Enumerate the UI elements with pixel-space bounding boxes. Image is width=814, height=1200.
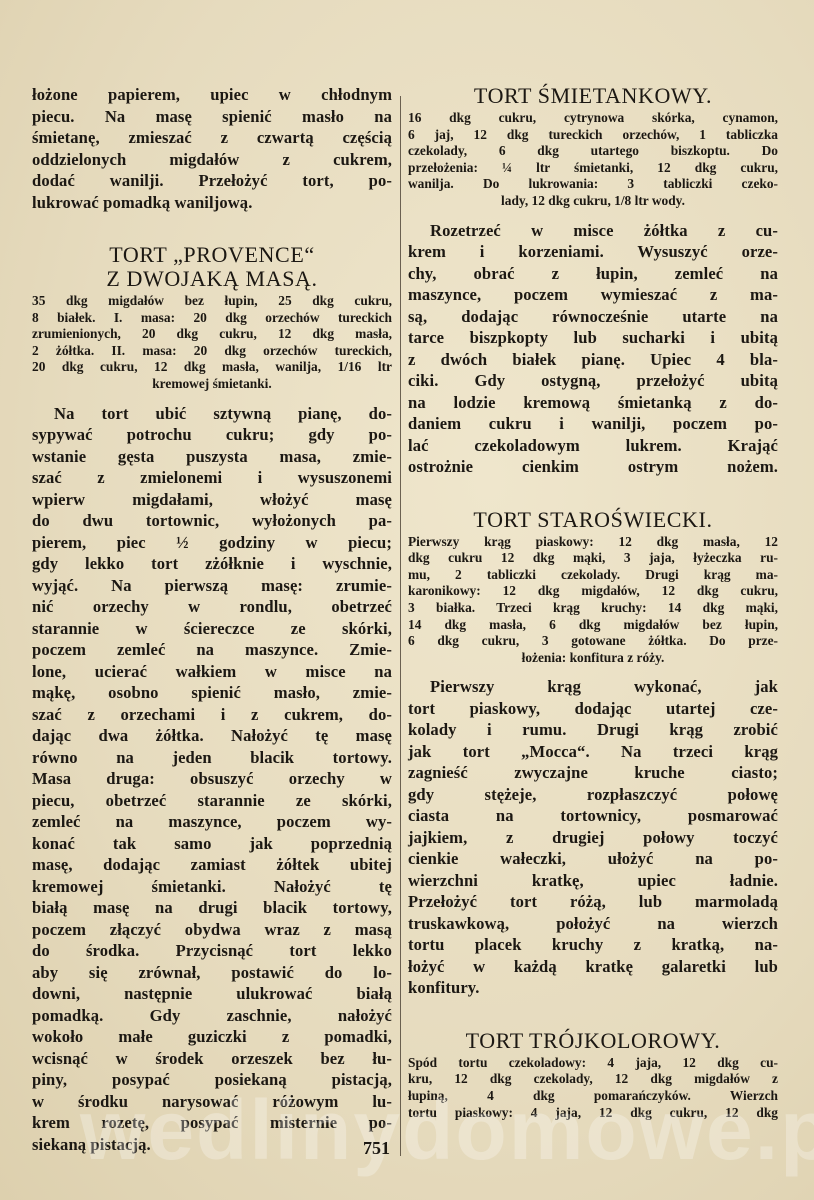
text-line: jak tort „Mocca“. Na trzeci krąg bbox=[408, 741, 778, 763]
text-line: Na tort ubić sztywną pianę, do- bbox=[32, 403, 392, 425]
text-line: siekaną pistacją. bbox=[32, 1134, 392, 1156]
text-line: ciasta na tortownicy, posmarować bbox=[408, 805, 778, 827]
recipe-smietankowy: TORT ŚMIETANKOWY. 16 dkg cukru, cytrynow… bbox=[408, 84, 778, 478]
text-line: ostrożnie cienkim ostrym nożem. bbox=[408, 456, 778, 478]
text-line: zemleć na maszynce, poczem wy- bbox=[32, 811, 392, 833]
text-line: gdy stężeje, rozpłaszczyć połowę bbox=[408, 784, 778, 806]
ingredients-line: dkg cukru 12 dkg mąki, 3 jaja, łyżeczka … bbox=[408, 550, 778, 567]
column-divider bbox=[400, 96, 401, 1156]
text-line: lać czekoladowym lukrem. Krająć bbox=[408, 435, 778, 457]
text-line: białą masę na drugi blacik tortowy, bbox=[32, 897, 392, 919]
text-line: poczem złączyć obydwa wraz z masą bbox=[32, 919, 392, 941]
text-line: gdy lekko tort zżółknie i wyschnie, bbox=[32, 553, 392, 575]
recipe-title: TORT „PROVENCE“ bbox=[32, 243, 392, 267]
recipe-title: TORT TRÓJKOLOROWY. bbox=[408, 1029, 778, 1053]
ingredients-line: lady, 12 dkg cukru, 1/8 ltr wody. bbox=[408, 193, 778, 210]
text-line: wcisnąć w środek orzeszek bez łu- bbox=[32, 1048, 392, 1070]
left-column: łożone papierem, upiec w chłodnym piecu.… bbox=[32, 84, 392, 1155]
continuation-paragraph: łożone papierem, upiec w chłodnym piecu.… bbox=[32, 84, 392, 213]
text-line: wpierw migdałami, włożyć masę bbox=[32, 489, 392, 511]
text-line: cienkie wałeczki, ułożyć na po- bbox=[408, 848, 778, 870]
text-line: krem i korzeniami. Wysuszyć orze- bbox=[408, 241, 778, 263]
ingredients-line: tortu piaskowy: 4 jaja, 12 dkg cukru, 12… bbox=[408, 1105, 778, 1122]
text-line: ciki. Gdy ostygną, przełożyć ubitą bbox=[408, 370, 778, 392]
ingredients-list: 16 dkg cukru, cytrynowa skórka, cynamon,… bbox=[408, 110, 778, 210]
text-line: Pierwszy krąg wykonać, jak bbox=[408, 676, 778, 698]
text-line: kolady i rumu. Drugi krąg zrobić bbox=[408, 719, 778, 741]
text-line: starannie w ściereczce ze skórki, bbox=[32, 618, 392, 640]
text-line: śmietanę, zmieszać z czwartą częścią bbox=[32, 127, 392, 149]
ingredients-list: 35 dkg migdałów bez łupin, 25 dkg cukru,… bbox=[32, 293, 392, 393]
text-line: zagnieść zwyczajne kruche ciasto; bbox=[408, 762, 778, 784]
ingredients-line: Spód tortu czekoladowy: 4 jaja, 12 dkg c… bbox=[408, 1055, 778, 1072]
ingredients-line: mu, 2 tabliczki czekolady. Drugi krąg ma… bbox=[408, 567, 778, 584]
ingredients-line: 14 dkg masła, 6 dkg migdałów bez łupin, bbox=[408, 617, 778, 634]
ingredients-line: 2 żółtka. II. masa: 20 dkg orzechów ture… bbox=[32, 343, 392, 360]
text-line: chy, obrać z łupin, zemleć na bbox=[408, 263, 778, 285]
text-line: równo na jeden blacik tortowy. bbox=[32, 747, 392, 769]
text-line: aby się zrównał, postawić do lo- bbox=[32, 962, 392, 984]
right-column: TORT ŚMIETANKOWY. 16 dkg cukru, cytrynow… bbox=[408, 84, 778, 1121]
recipe-title: TORT ŚMIETANKOWY. bbox=[408, 84, 778, 108]
text-line: konfitury. bbox=[408, 977, 778, 999]
ingredients-line: 20 dkg cukru, 12 dkg masła, wanilja, 1/1… bbox=[32, 359, 392, 376]
text-line: Przełożyć tort różą, lub marmoladą bbox=[408, 891, 778, 913]
text-line: szać z orzechami i z cukrem, do- bbox=[32, 704, 392, 726]
text-line: wokoło małe guziczki z pomadki, bbox=[32, 1026, 392, 1048]
text-line: na lodzie kremową śmietanką z do- bbox=[408, 392, 778, 414]
text-line: w środku narysować różowym lu- bbox=[32, 1091, 392, 1113]
ingredients-line: 3 białka. Trzeci krąg kruchy: 14 dkg mąk… bbox=[408, 600, 778, 617]
text-line: dając dwa żółtka. Nałożyć tę masę bbox=[32, 725, 392, 747]
recipe-title: TORT STAROŚWIECKI. bbox=[408, 508, 778, 532]
ingredients-line: kru, 12 dkg czekolady, 12 dkg migdałów z bbox=[408, 1071, 778, 1088]
text-line: masę, dodając zamiast żółtek ubitej bbox=[32, 854, 392, 876]
text-line: wyjąć. Na pierwszą masę: zrumie- bbox=[32, 575, 392, 597]
text-line: krem rozetę, posypać misternie po- bbox=[32, 1112, 392, 1134]
text-line: do dwu tortownic, wyłożonych pa- bbox=[32, 510, 392, 532]
text-line: jajkiem, z drugiej połowy toczyć bbox=[408, 827, 778, 849]
text-line: sypywać potrochu cukru; gdy po- bbox=[32, 424, 392, 446]
text-line: tortu placek kruchy z kratką, na- bbox=[408, 934, 778, 956]
text-line: daniem cukru i wanilji, poczem po- bbox=[408, 413, 778, 435]
ingredients-line: 8 białek. I. masa: 20 dkg orzechów turec… bbox=[32, 310, 392, 327]
text-line: wierzchni kratkę, upiec ładnie. bbox=[408, 870, 778, 892]
text-line: szać z zmielonemi i wysuszonemi bbox=[32, 467, 392, 489]
ingredients-line: 16 dkg cukru, cytrynowa skórka, cynamon, bbox=[408, 110, 778, 127]
text-line: pomadką. Gdy zaschnie, nałożyć bbox=[32, 1005, 392, 1027]
recipe-staroswiecki: TORT STAROŚWIECKI. Pierwszy krąg piaskow… bbox=[408, 508, 778, 999]
text-line: konać tak samo jak poprzednią bbox=[32, 833, 392, 855]
instructions-paragraph: Na tort ubić sztywną pianę, do- sypywać … bbox=[32, 403, 392, 1156]
ingredients-line: Pierwszy krąg piaskowy: 12 dkg masła, 12 bbox=[408, 534, 778, 551]
recipe-provence: TORT „PROVENCE“ Z DWOJAKĄ MASĄ. 35 dkg m… bbox=[32, 243, 392, 1155]
text-line: piecu. Na masę spienić masło na bbox=[32, 106, 392, 128]
recipe-subtitle: Z DWOJAKĄ MASĄ. bbox=[32, 267, 392, 291]
ingredients-line: łupiną, 4 dkg pomarańczyków. Wierzch bbox=[408, 1088, 778, 1105]
text-line: truskawkową, położyć na wierzch bbox=[408, 913, 778, 935]
book-page: łożone papierem, upiec w chłodnym piecu.… bbox=[0, 0, 814, 1200]
ingredients-line: przełożenia: ¼ ltr śmietanki, 12 dkg cuk… bbox=[408, 160, 778, 177]
instructions-paragraph: Rozetrzeć w misce żółtka z cu- krem i ko… bbox=[408, 220, 778, 478]
instructions-paragraph: Pierwszy krąg wykonać, jak tort piaskowy… bbox=[408, 676, 778, 999]
text-line: mąkę, osobno spienić masło, zmie- bbox=[32, 682, 392, 704]
text-line: łożone papierem, upiec w chłodnym bbox=[32, 84, 392, 106]
ingredients-line: zrumienionych, 20 dkg cukru, 12 dkg masł… bbox=[32, 326, 392, 343]
text-line: lukrować pomadką waniljową. bbox=[32, 192, 392, 214]
text-line: pierem, piec ½ godziny w piecu; bbox=[32, 532, 392, 554]
ingredients-line: kremowej śmietanki. bbox=[32, 376, 392, 393]
text-line: do środka. Przycisnąć tort lekko bbox=[32, 940, 392, 962]
text-line: poczem zemleć na maszynce. Zmie- bbox=[32, 639, 392, 661]
ingredients-line: łożenia: konfitura z róży. bbox=[408, 650, 778, 667]
text-line: Masa druga: obsuszyć orzechy w bbox=[32, 768, 392, 790]
text-line: łożyć w każdą kratkę galaretki lub bbox=[408, 956, 778, 978]
ingredients-line: 6 jaj, 12 dkg tureckich orzechów, 1 tabl… bbox=[408, 127, 778, 144]
text-line: kremowej śmietanki. Nałożyć tę bbox=[32, 876, 392, 898]
text-line: piecu, obetrzeć starannie ze skórki, bbox=[32, 790, 392, 812]
text-line: maszynce, poczem wymieszać z ma- bbox=[408, 284, 778, 306]
ingredients-line: wanilja. Do lukrowania: 3 tabliczki czek… bbox=[408, 176, 778, 193]
ingredients-line: 35 dkg migdałów bez łupin, 25 dkg cukru, bbox=[32, 293, 392, 310]
recipe-trojkolorowy: TORT TRÓJKOLOROWY. Spód tortu czekoladow… bbox=[408, 1029, 778, 1121]
page-number: 751 bbox=[363, 1138, 390, 1159]
text-line: wstanie gęsta puszysta masa, zmie- bbox=[32, 446, 392, 468]
text-line: lone, ucierać wałkiem w misce na bbox=[32, 661, 392, 683]
ingredients-line: 6 dkg cukru, 3 gotowane żółtka. Do prze- bbox=[408, 633, 778, 650]
text-line: Rozetrzeć w misce żółtka z cu- bbox=[408, 220, 778, 242]
text-line: są, dodając równocześnie utarte na bbox=[408, 306, 778, 328]
text-line: dodać wanilji. Przełożyć tort, po- bbox=[32, 170, 392, 192]
text-line: tort piaskowy, dodając utartej cze- bbox=[408, 698, 778, 720]
text-line: z dwóch białek pianę. Upiec 4 bla- bbox=[408, 349, 778, 371]
text-line: tarce biszpkopty lub sucharki i ubitą bbox=[408, 327, 778, 349]
ingredients-line: karonikowy: 12 dkg migdałów, 12 dkg cukr… bbox=[408, 583, 778, 600]
text-line: nić orzechy w rondlu, obetrzeć bbox=[32, 596, 392, 618]
ingredients-list: Spód tortu czekoladowy: 4 jaja, 12 dkg c… bbox=[408, 1055, 778, 1121]
ingredients-line: czekolady, 6 dkg utartego biszkoptu. Do bbox=[408, 143, 778, 160]
text-line: downi, następnie ulukrować białą bbox=[32, 983, 392, 1005]
text-line: oddzielonych migdałów z cukrem, bbox=[32, 149, 392, 171]
ingredients-list: Pierwszy krąg piaskowy: 12 dkg masła, 12… bbox=[408, 534, 778, 667]
text-line: piny, posypać posiekaną pistacją, bbox=[32, 1069, 392, 1091]
